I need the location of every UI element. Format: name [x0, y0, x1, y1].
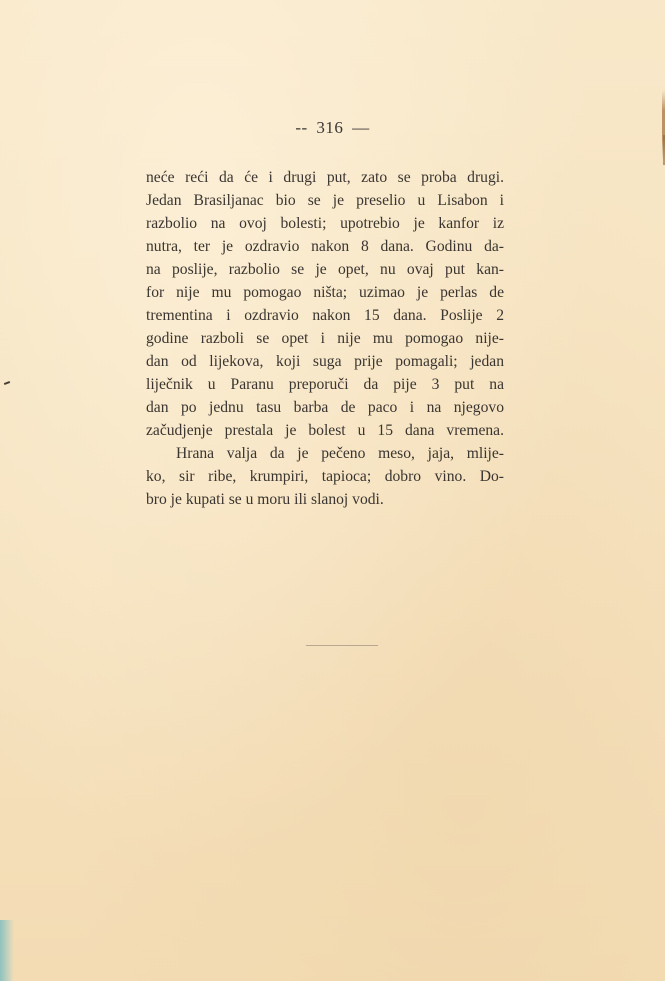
text-line: for nije mu pomogao ništa; uzimao je per…	[146, 281, 504, 304]
page-number-suffix: —	[352, 118, 370, 138]
section-divider-rule	[306, 645, 378, 646]
text-line: Jedan Brasiljanac bio se je preselio u L…	[146, 189, 504, 212]
text-line: neće reći da će i drugi put, zato se pro…	[146, 166, 504, 189]
text-line: godine razboli se opet i nije mu pomogao…	[146, 327, 504, 350]
page-number: -- 316 —	[0, 118, 665, 138]
text-line-last: bro je kupati se u moru ili slanoj vodi.	[146, 488, 504, 511]
margin-mark	[4, 381, 10, 385]
text-line: dan od lijekova, koji suga prije pomagal…	[146, 350, 504, 373]
text-line: ko, sir ribe, krumpiri, tapioca; dobro v…	[146, 465, 504, 488]
text-line: liječnik u Paranu preporuči da pije 3 pu…	[146, 373, 504, 396]
book-page: -- 316 — neće reći da će i drugi put, za…	[0, 0, 665, 981]
text-line: dan po jednu tasu barba de paco i na nje…	[146, 396, 504, 419]
text-line: nutra, ter je ozdravio nakon 8 dana. God…	[146, 235, 504, 258]
text-line-paragraph-start: Hrana valja da je pečeno meso, jaja, mli…	[146, 442, 504, 465]
edge-stain	[0, 920, 14, 981]
page-number-prefix: --	[295, 118, 307, 138]
text-line: razbolio na ovoj bolesti; upotrebio je k…	[146, 212, 504, 235]
text-line: začudjenje prestala je bolest u 15 dana …	[146, 419, 504, 442]
text-line: na poslije, razbolio se je opet, nu ovaj…	[146, 258, 504, 281]
body-text: neće reći da će i drugi put, zato se pro…	[146, 166, 504, 511]
page-number-value: 316	[316, 118, 343, 137]
text-line: trementina i ozdravio nakon 15 dana. Pos…	[146, 304, 504, 327]
